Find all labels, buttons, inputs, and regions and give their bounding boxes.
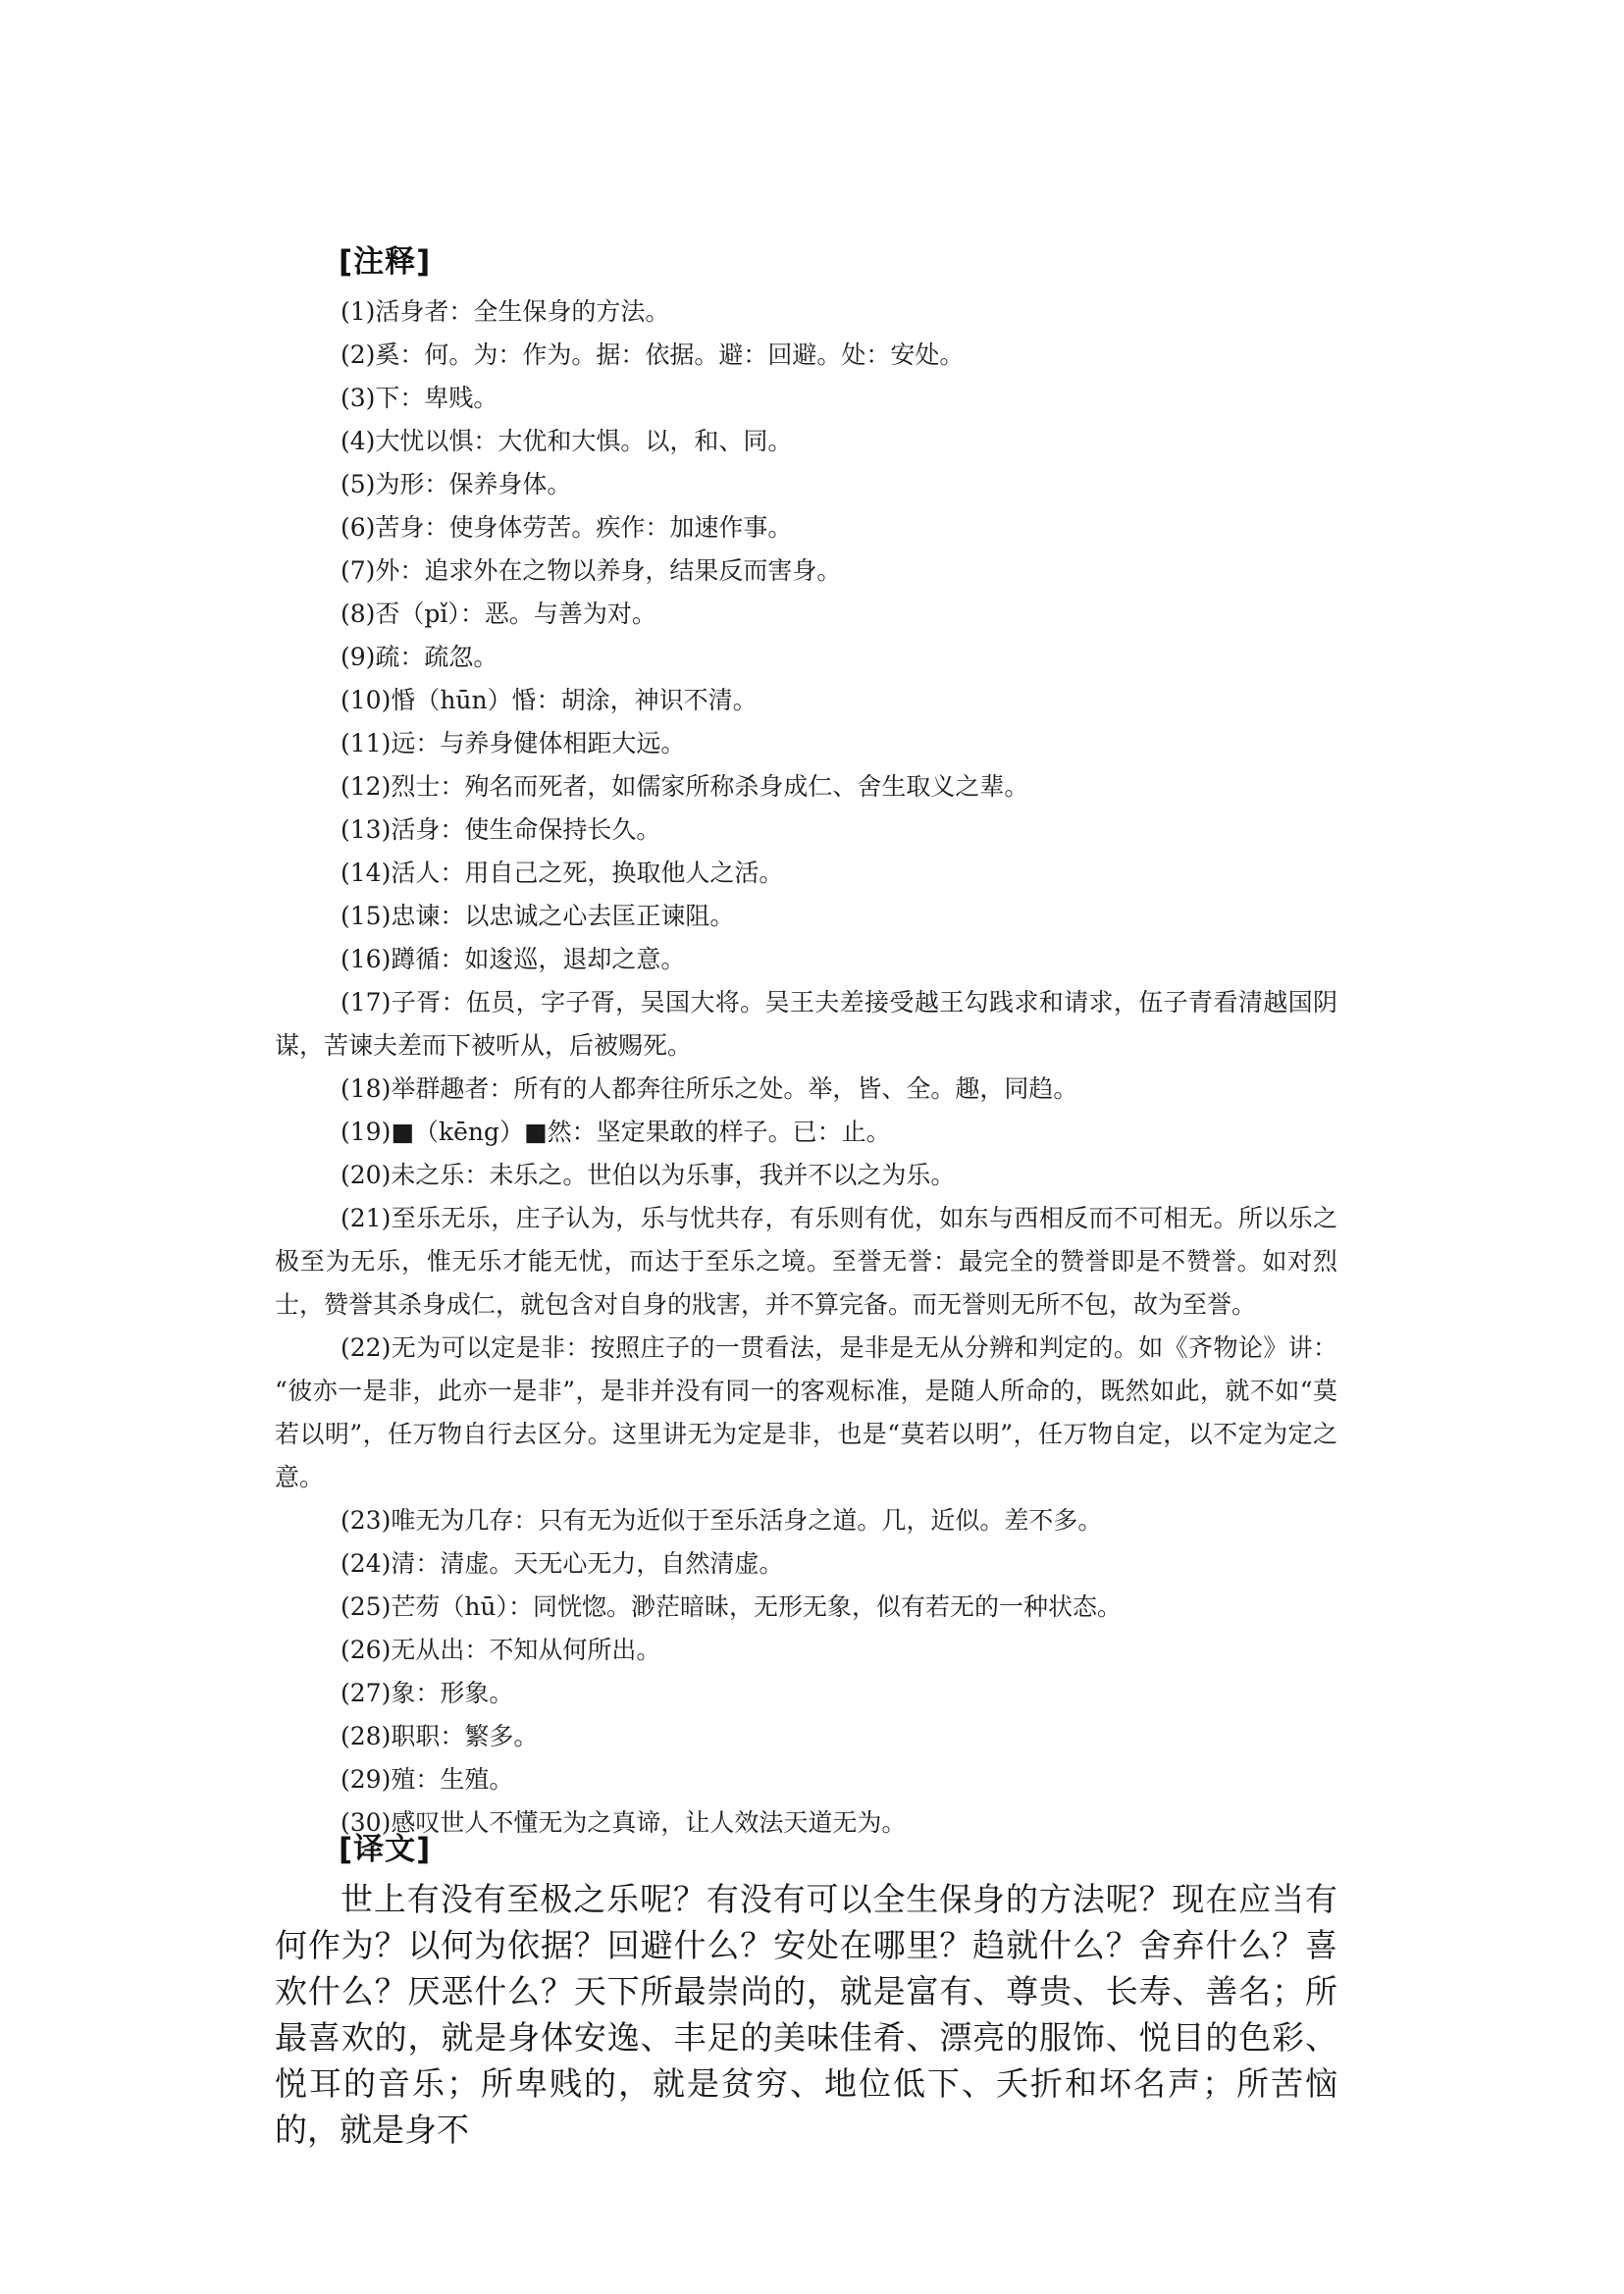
translation-paragraph: 世上有没有至极之乐呢？有没有可以全生保身的方法呢？现在应当有何作为？以何为依据？… <box>275 1876 1337 2153</box>
document-page: [注释] (1)活身者：全生保身的方法。(2)奚：何。为：作为。据：依据。避：回… <box>0 0 1624 2294</box>
translation-section-header: [译文] <box>339 1833 431 1866</box>
note-item: (10)惛（hūn）惛：胡涂，神识不清。 <box>275 679 1337 722</box>
note-item: (23)唯无为几存：只有无为近似于至乐活身之道。几，近似。差不多。 <box>275 1499 1337 1542</box>
note-item: (6)苦身：使身体劳苦。疾作：加速作事。 <box>275 506 1337 549</box>
note-item: (26)无从出：不知从何所出。 <box>275 1629 1337 1672</box>
note-item: (24)清：清虚。天无心无力，自然清虚。 <box>275 1542 1337 1586</box>
note-item: (4)大忧以惧：大优和大惧。以，和、同。 <box>275 420 1337 463</box>
note-item: (14)活人：用自己之死，换取他人之活。 <box>275 852 1337 895</box>
note-item: (22)无为可以定是非：按照庄子的一贯看法，是非是无从分辨和判定的。如《齐物论》… <box>275 1327 1337 1499</box>
note-item: (11)远：与养身健体相距大远。 <box>275 722 1337 765</box>
note-item: (13)活身：使生命保持长久。 <box>275 808 1337 852</box>
note-item: (2)奚：何。为：作为。据：依据。避：回避。处：安处。 <box>275 334 1337 377</box>
note-item: (19)■（kēng）■然：坚定果敢的样子。已：止。 <box>275 1111 1337 1154</box>
notes-section-header: [注释] <box>339 245 431 279</box>
notes-list: (1)活身者：全生保身的方法。(2)奚：何。为：作为。据：依据。避：回避。处：安… <box>275 290 1337 1845</box>
note-item: (25)芒芴（hū）：同恍惚。渺茫暗昧，无形无象，似有若无的一种状态。 <box>275 1586 1337 1629</box>
note-item: (29)殖：生殖。 <box>275 1758 1337 1801</box>
note-item: (21)至乐无乐，庄子认为，乐与忧共存，有乐则有优，如东与西相反而不可相无。所以… <box>275 1197 1337 1327</box>
note-item: (20)未之乐：未乐之。世伯以为乐事，我并不以之为乐。 <box>275 1154 1337 1197</box>
note-item: (7)外：追求外在之物以养身，结果反而害身。 <box>275 549 1337 593</box>
note-item: (17)子胥：伍员，字子胥，吴国大将。吴王夫差接受越王勾践求和请求，伍子青看清越… <box>275 981 1337 1068</box>
note-item: (12)烈士：殉名而死者，如儒家所称杀身成仁、舍生取义之辈。 <box>275 765 1337 808</box>
note-item: (1)活身者：全生保身的方法。 <box>275 290 1337 334</box>
note-item: (8)否（pǐ）：恶。与善为对。 <box>275 593 1337 636</box>
note-item: (5)为形：保养身体。 <box>275 463 1337 506</box>
note-item: (15)忠谏：以忠诚之心去匡正谏阻。 <box>275 895 1337 938</box>
note-item: (30)感叹世人不懂无为之真谛，让人效法天道无为。 <box>275 1801 1337 1845</box>
note-item: (16)蹲循：如逡巡，退却之意。 <box>275 938 1337 981</box>
translation-body: 世上有没有至极之乐呢？有没有可以全生保身的方法呢？现在应当有何作为？以何为依据？… <box>275 1876 1337 2153</box>
note-item: (18)举群趣者：所有的人都奔往所乐之处。举，皆、全。趣，同趋。 <box>275 1068 1337 1111</box>
note-item: (28)职职：繁多。 <box>275 1715 1337 1758</box>
note-item: (27)象：形象。 <box>275 1672 1337 1715</box>
note-item: (9)疏：疏忽。 <box>275 636 1337 679</box>
note-item: (3)下：卑贱。 <box>275 377 1337 420</box>
